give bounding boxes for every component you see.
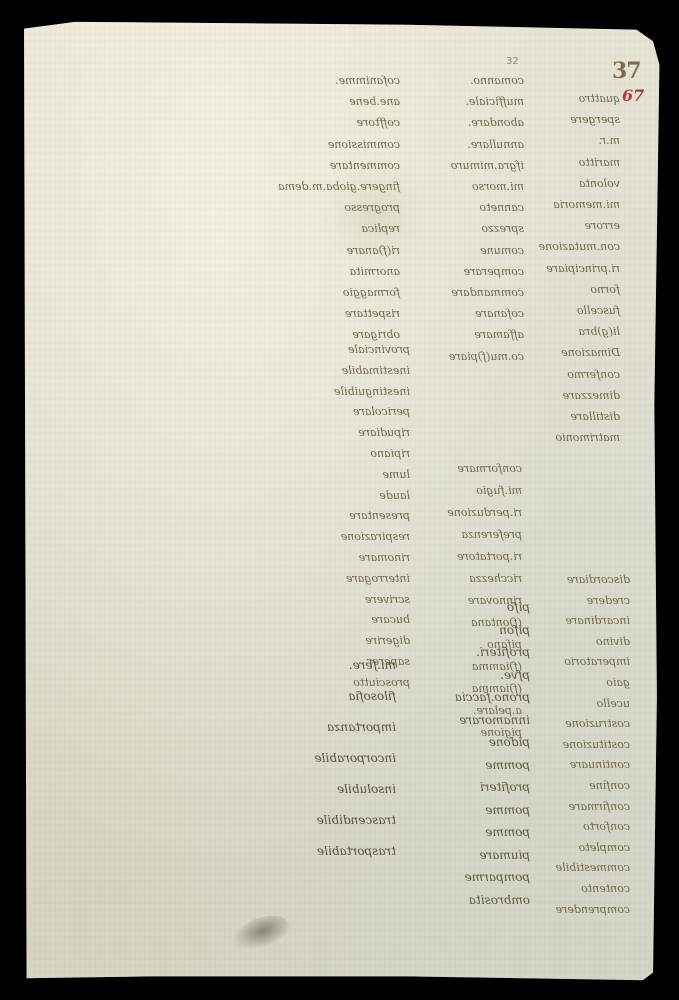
word-entry: profiteri: [398, 776, 530, 799]
word-entry: discordiare: [506, 570, 630, 591]
word-entry: inestinguibile: [290, 382, 410, 403]
word-column-left-mid: provincialeinestimabileinestinguibileper…: [290, 340, 410, 694]
word-column-middle-top: comanno.mufficiale.abondare.annullare.if…: [412, 70, 524, 367]
word-column-left-top: cofanimme.ane.benecofftorecommissionecom…: [274, 70, 400, 346]
word-entry: cofanare: [412, 303, 524, 324]
word-entry: pfve.: [398, 664, 530, 687]
word-entry: co.mu(f)piare: [412, 346, 524, 367]
word-entry: commandare: [412, 282, 524, 303]
word-column-middle-bottom: pifopifonprofiteri.pfve.prono.facciainna…: [398, 596, 530, 911]
word-entry: mi.fugio: [402, 480, 522, 502]
word-entry: innamorare: [398, 709, 530, 732]
word-entry: sprezzo: [412, 218, 524, 239]
word-entry: matrimonio: [540, 427, 620, 448]
word-entry: pifon: [398, 619, 530, 642]
word-entry: pidone: [398, 731, 530, 754]
word-entry: conformare: [402, 458, 522, 480]
word-entry: profiteri.: [398, 641, 530, 664]
word-entry: preferenza: [402, 524, 522, 546]
word-entry: con.mutazione: [540, 236, 620, 257]
word-entry: lume: [290, 465, 410, 486]
word-entry: annullare.: [412, 134, 524, 155]
word-entry: spergere: [540, 109, 620, 130]
word-entry: ifgra.mimuro: [412, 155, 524, 176]
word-entry: progresso: [274, 197, 400, 218]
word-entry: provinciale: [290, 340, 410, 361]
word-entry: replica: [274, 218, 400, 239]
word-entry: ricchezza: [402, 568, 522, 590]
word-entry: volonta: [540, 173, 620, 194]
word-entry: pomparme: [398, 866, 530, 889]
word-entry: commentare: [274, 155, 400, 176]
word-entry: respirazione: [290, 527, 410, 548]
word-entry: ombrosita: [398, 889, 530, 912]
word-entry: ri(f)anare: [274, 240, 400, 261]
word-entry: pomme: [398, 821, 530, 844]
word-entry: ri.portatore: [402, 546, 522, 568]
word-entry: pifo: [398, 596, 530, 619]
word-entry: ane.bene: [274, 91, 400, 112]
word-entry: laude: [290, 486, 410, 507]
word-entry: pomme: [398, 754, 530, 777]
word-entry: mi.fere.: [196, 650, 396, 681]
word-entry: scrivere: [290, 590, 410, 611]
word-entry: presentare: [290, 506, 410, 527]
word-entry: incorporabile: [196, 743, 396, 774]
word-entry: filosofia: [196, 681, 396, 712]
word-entry: mi.morso: [412, 176, 524, 197]
word-entry: trasportabile: [196, 836, 396, 867]
word-entry: affamare: [412, 324, 524, 345]
word-column-right-top: quattrospergerem.r.marittovolontami.memo…: [540, 88, 620, 448]
word-entry: fingere.gioba.m.dema: [274, 176, 400, 197]
word-entry: rispettare: [274, 303, 400, 324]
word-entry: ripiano: [290, 444, 410, 465]
word-entry: formaggio: [274, 282, 400, 303]
word-entry: cofftore: [274, 112, 400, 133]
word-entry: commissione: [274, 134, 400, 155]
word-entry: prono.faccia: [398, 686, 530, 709]
word-entry: inestimabile: [290, 361, 410, 382]
word-entry: ripudiare: [290, 423, 410, 444]
word-entry: forno: [540, 279, 620, 300]
word-entry: maritto: [540, 152, 620, 173]
word-entry: ri.perduzione: [402, 502, 522, 524]
word-entry: dimezzare: [540, 385, 620, 406]
word-entry: mi.memoria: [540, 194, 620, 215]
word-entry: bucare: [290, 610, 410, 631]
word-entry: pomme: [398, 799, 530, 822]
word-entry: comanno.: [412, 70, 524, 91]
folio-number-pencil: 32: [506, 56, 519, 67]
word-entry: comperare: [412, 261, 524, 282]
word-entry: mufficiale.: [412, 91, 524, 112]
folio-number: 37: [612, 58, 641, 84]
word-entry: anormita: [274, 261, 400, 282]
word-entry: trascendibile: [196, 805, 396, 836]
word-entry: interrogare: [290, 569, 410, 590]
folio-number-red: 67: [622, 86, 644, 105]
word-entry: li(g)bra: [540, 321, 620, 342]
word-entry: cofanimme.: [274, 70, 400, 91]
word-entry: distillare: [540, 406, 620, 427]
word-entry: digerire: [290, 631, 410, 652]
word-entry: comune: [412, 240, 524, 261]
scan-background: 37 67 32 quattrospergerem.r.marittovolon…: [0, 0, 679, 1000]
word-column-left-bottom: mi.fere.filosofiaimportanzaincorporabile…: [196, 650, 396, 867]
word-entry: rinomare: [290, 548, 410, 569]
word-entry: canneto: [412, 197, 524, 218]
word-entry: pericolare: [290, 402, 410, 423]
word-entry: m.r.: [540, 130, 620, 151]
word-entry: piumare: [398, 844, 530, 867]
word-entry: errore: [540, 215, 620, 236]
word-entry: fuscello: [540, 300, 620, 321]
word-entry: quattro: [540, 88, 620, 109]
word-entry: insolubile: [196, 774, 396, 805]
word-entry: confermo: [540, 364, 620, 385]
word-entry: importanza: [196, 712, 396, 743]
word-entry: ri.principiare: [540, 258, 620, 279]
word-entry: Dimazione: [540, 342, 620, 363]
word-entry: abondare.: [412, 112, 524, 133]
